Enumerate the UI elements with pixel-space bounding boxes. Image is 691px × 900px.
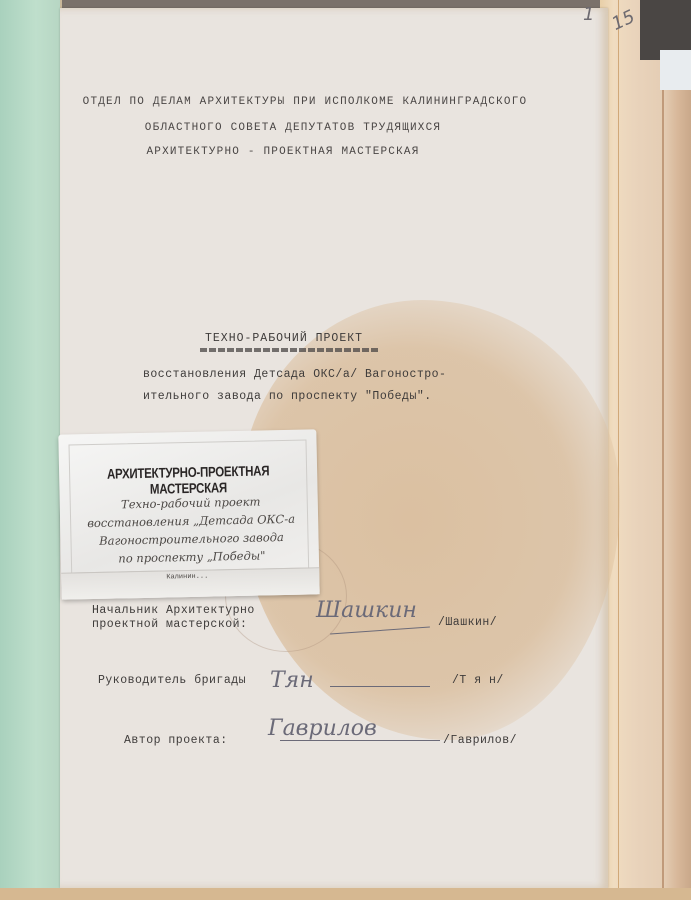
background-light-area <box>660 50 691 90</box>
signature-3: Гаврилов <box>268 716 377 741</box>
page-number-left: 1 <box>583 4 594 25</box>
folder-edge-line <box>662 60 664 900</box>
signatory-2-role: Руководитель бригады <box>98 674 246 687</box>
signature-2-line <box>330 686 430 687</box>
header-line-2: ОБЛАСТНОГО СОВЕТА ДЕПУТАТОВ ТРУДЯЩИХСЯ <box>0 122 598 134</box>
label-torn-text: Калинин... <box>166 573 208 582</box>
signature-1: Шашкин <box>316 598 417 623</box>
signatory-1-name: /Шашкин/ <box>438 616 497 629</box>
signatory-1-role-line-1: Начальник Архитектурно <box>92 604 255 617</box>
title-line-1: восстановления Детсада ОКС/а/ Вагоностро… <box>143 368 446 381</box>
signatory-1-role-line-2: проектной мастерской: <box>92 618 247 631</box>
header-line-1: ОТДЕЛ ПО ДЕЛАМ АРХИТЕКТУРЫ ПРИ ИСПОЛКОМЕ… <box>0 96 610 108</box>
folder-edge-stack <box>600 0 691 900</box>
title-underline <box>200 348 378 352</box>
signatory-3-role: Автор проекта: <box>124 734 228 747</box>
folder-edge-line <box>618 0 619 900</box>
pasted-label: АРХИТЕКТУРНО-ПРОЕКТНАЯ МАСТЕРСКАЯ Техно-… <box>58 429 319 599</box>
green-folder-cover <box>0 0 62 900</box>
signatory-2-name: /Т я н/ <box>452 674 504 687</box>
signatory-3-name: /Гаврилов/ <box>443 734 517 747</box>
document-title: ТЕХНО-РАБОЧИЙ ПРОЕКТ <box>205 332 363 345</box>
signature-3-line <box>280 740 440 741</box>
label-torn-strip: Калинин... <box>61 567 320 599</box>
header-line-3: АРХИТЕКТУРНО - ПРОЕКТНАЯ МАСТЕРСКАЯ <box>0 146 588 158</box>
page-bottom-edge <box>0 888 691 900</box>
title-line-2: ительного завода по проспекту "Победы". <box>143 390 432 403</box>
label-heading: АРХИТЕКТУРНО-ПРОЕКТНАЯ МАСТЕРСКАЯ <box>82 462 294 498</box>
signature-2: Тян <box>270 668 314 693</box>
